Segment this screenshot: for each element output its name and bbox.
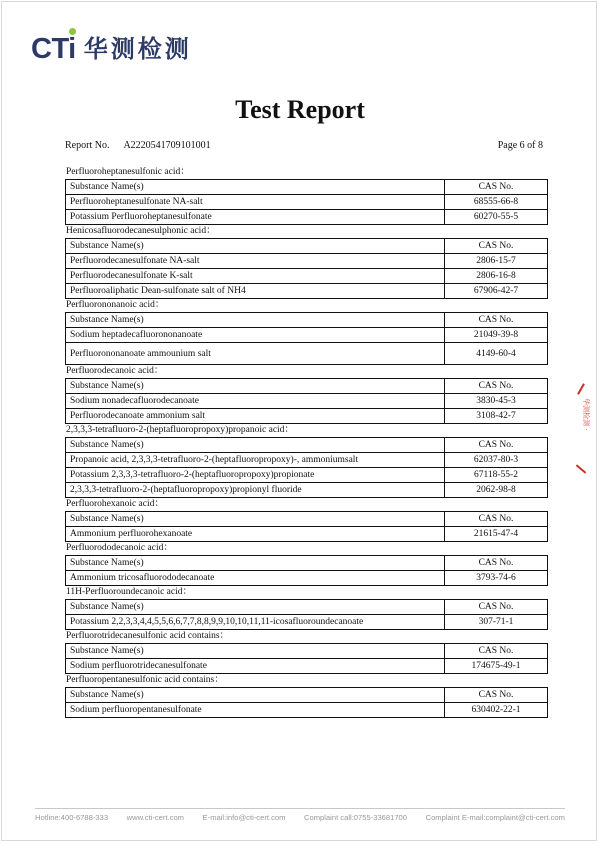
header-cas-no: CAS No. [445, 688, 548, 703]
header-cas-no: CAS No. [445, 512, 548, 527]
section-title: Perfluorohexanoic acid： [65, 498, 548, 511]
seal-stamp-icon: 华测检测 · [578, 375, 600, 475]
footer-divider [35, 808, 565, 809]
table-row: Ammonium tricosafluorododecanoate3793-74… [66, 571, 548, 586]
header-substance-name: Substance Name(s) [66, 313, 445, 328]
footer-complaint-email[interactable]: Complaint E-mail:complaint@cti-cert.com [426, 813, 565, 822]
substance-table: Substance Name(s)CAS No.Propanoic acid, … [65, 437, 548, 498]
cas-number: 2806-16-8 [445, 269, 548, 284]
table-row: Perfluoroaliphatic Dean-sulfonate salt o… [66, 284, 548, 299]
header-substance-name: Substance Name(s) [66, 688, 445, 703]
section-title: Perfluorododecanoic acid： [65, 542, 548, 555]
logo-brand-text: CTi [31, 33, 76, 65]
report-number-value: A2220541709101001 [123, 140, 210, 151]
substance-name: Perfluoroaliphatic Dean-sulfonate salt o… [66, 284, 445, 299]
substance-section: Perfluoroheptanesulfonic acid：Substance … [65, 166, 548, 225]
substance-name: 2,3,3,3-tetrafluoro-2-(heptafluoropropox… [66, 483, 445, 498]
table-header-row: Substance Name(s)CAS No. [66, 239, 548, 254]
table-header-row: Substance Name(s)CAS No. [66, 644, 548, 659]
header-substance-name: Substance Name(s) [66, 556, 445, 571]
substance-name: Perfluorodecanesulfonate NA-salt [66, 254, 445, 269]
cas-number: 3793-74-6 [445, 571, 548, 586]
section-title: Perfluorodecanoic acid： [65, 365, 548, 378]
substance-name: Perfluoroheptanesulfonate NA-salt [66, 195, 445, 210]
cas-number: 62037-80-3 [445, 453, 548, 468]
substance-name: Propanoic acid, 2,3,3,3-tetrafluoro-2-(h… [66, 453, 445, 468]
substance-table: Substance Name(s)CAS No.Ammonium perfluo… [65, 511, 548, 542]
substance-section: Perfluorohexanoic acid：Substance Name(s)… [65, 498, 548, 542]
substance-table: Substance Name(s)CAS No.Sodium perfluoro… [65, 687, 548, 718]
logo-dot-icon [69, 28, 76, 35]
table-row: Sodium perfluoropentanesulfonate630402-2… [66, 703, 548, 718]
table-header-row: Substance Name(s)CAS No. [66, 438, 548, 453]
table-row: Propanoic acid, 2,3,3,3-tetrafluoro-2-(h… [66, 453, 548, 468]
cas-number: 60270-55-5 [445, 210, 548, 225]
table-row: Perfluorodecanesulfonate K-salt2806-16-8 [66, 269, 548, 284]
cas-number: 3108-42-7 [445, 409, 548, 424]
footer-website[interactable]: www.cti-cert.com [127, 813, 184, 822]
header-substance-name: Substance Name(s) [66, 438, 445, 453]
substance-name: Perfluorononanoate ammounium salt [66, 343, 445, 365]
substance-section: Perfluorotridecanesulfonic acid contains… [65, 630, 548, 674]
table-row: Sodium heptadecafluorononanoate21049-39-… [66, 328, 548, 343]
header-cas-no: CAS No. [445, 313, 548, 328]
header-substance-name: Substance Name(s) [66, 180, 445, 195]
stamp-text: 华测检测 · [581, 398, 591, 458]
section-title: 2,3,3,3-tetrafluoro-2-(heptafluoropropox… [65, 424, 548, 437]
table-row: Potassium Perfluoroheptanesulfonate60270… [66, 210, 548, 225]
substance-table: Substance Name(s)CAS No.Perfluoroheptane… [65, 179, 548, 225]
substance-name: Sodium nonadecafluorodecanoate [66, 394, 445, 409]
header-cas-no: CAS No. [445, 644, 548, 659]
header-cas-no: CAS No. [445, 379, 548, 394]
section-title: Henicosafluorodecanesulphonic acid： [65, 225, 548, 238]
page-indicator: Page 6 of 8 [498, 140, 543, 151]
substance-sections: Perfluoroheptanesulfonic acid：Substance … [65, 166, 548, 718]
table-row: Perfluorononanoate ammounium salt4149-60… [66, 343, 548, 365]
cas-number: 3830-45-3 [445, 394, 548, 409]
table-row: Perfluorodecanoate ammonium salt3108-42-… [66, 409, 548, 424]
header-substance-name: Substance Name(s) [66, 379, 445, 394]
cas-number: 2062-98-8 [445, 483, 548, 498]
cas-number: 68555-66-8 [445, 195, 548, 210]
header-substance-name: Substance Name(s) [66, 512, 445, 527]
substance-name: Sodium perfluoropentanesulfonate [66, 703, 445, 718]
header-cas-no: CAS No. [445, 556, 548, 571]
header-cas-no: CAS No. [445, 600, 548, 615]
company-logo: CTi 华测检测 [31, 25, 192, 65]
page-title: Test Report [0, 95, 600, 125]
table-row: Perfluorodecanesulfonate NA-salt2806-15-… [66, 254, 548, 269]
table-header-row: Substance Name(s)CAS No. [66, 600, 548, 615]
header-substance-name: Substance Name(s) [66, 239, 445, 254]
table-header-row: Substance Name(s)CAS No. [66, 556, 548, 571]
substance-name: Potassium 2,3,3,3-tetrafluoro-2-(heptafl… [66, 468, 445, 483]
substance-name: Sodium perfluorotridecanesulfonate [66, 659, 445, 674]
table-row: Potassium 2,3,3,3-tetrafluoro-2-(heptafl… [66, 468, 548, 483]
report-number-label: Report No. [65, 140, 109, 151]
footer-email[interactable]: E-mail:info@cti-cert.com [203, 813, 286, 822]
section-title: Perfluorotridecanesulfonic acid contains… [65, 630, 548, 643]
table-header-row: Substance Name(s)CAS No. [66, 379, 548, 394]
table-header-row: Substance Name(s)CAS No. [66, 180, 548, 195]
substance-name: Potassium Perfluoroheptanesulfonate [66, 210, 445, 225]
substance-table: Substance Name(s)CAS No.Sodium heptadeca… [65, 312, 548, 365]
table-header-row: Substance Name(s)CAS No. [66, 313, 548, 328]
substance-table: Substance Name(s)CAS No.Potassium 2,2,3,… [65, 599, 548, 630]
cas-number: 2806-15-7 [445, 254, 548, 269]
cas-number: 4149-60-4 [445, 343, 548, 365]
substance-section: 2,3,3,3-tetrafluoro-2-(heptafluoropropox… [65, 424, 548, 498]
substance-table: Substance Name(s)CAS No.Ammonium tricosa… [65, 555, 548, 586]
cas-number: 174675-49-1 [445, 659, 548, 674]
header-substance-name: Substance Name(s) [66, 600, 445, 615]
substance-table: Substance Name(s)CAS No.Sodium perfluoro… [65, 643, 548, 674]
section-title: Perfluorononanoic acid： [65, 299, 548, 312]
logo-brand: CTi [31, 33, 76, 65]
cas-number: 67118-55-2 [445, 468, 548, 483]
table-row: 2,3,3,3-tetrafluoro-2-(heptafluoropropox… [66, 483, 548, 498]
substance-section: Henicosafluorodecanesulphonic acid：Subst… [65, 225, 548, 299]
substance-section: Perfluorononanoic acid：Substance Name(s)… [65, 299, 548, 365]
section-title: Perfluoropentanesulfonic acid contains： [65, 674, 548, 687]
section-title: Perfluoroheptanesulfonic acid： [65, 166, 548, 179]
table-header-row: Substance Name(s)CAS No. [66, 688, 548, 703]
substance-section: Perfluoropentanesulfonic acid contains：S… [65, 674, 548, 718]
cas-number: 21615-47-4 [445, 527, 548, 542]
table-row: Perfluoroheptanesulfonate NA-salt68555-6… [66, 195, 548, 210]
cas-number: 21049-39-8 [445, 328, 548, 343]
substance-name: Sodium heptadecafluorononanoate [66, 328, 445, 343]
substance-name: Potassium 2,2,3,3,4,4,5,5,6,6,7,7,8,8,9,… [66, 615, 445, 630]
table-row: Sodium nonadecafluorodecanoate3830-45-3 [66, 394, 548, 409]
substance-section: Perfluorodecanoic acid：Substance Name(s)… [65, 365, 548, 424]
substance-table: Substance Name(s)CAS No.Perfluorodecanes… [65, 238, 548, 299]
substance-name: Perfluorodecanesulfonate K-salt [66, 269, 445, 284]
report-number: Report No.A2220541709101001 [65, 140, 211, 151]
substance-section: Perfluorododecanoic acid：Substance Name(… [65, 542, 548, 586]
substance-name: Perfluorodecanoate ammonium salt [66, 409, 445, 424]
cas-number: 307-71-1 [445, 615, 548, 630]
table-row: Potassium 2,2,3,3,4,4,5,5,6,6,7,7,8,8,9,… [66, 615, 548, 630]
footer-complaint-call: Complaint call:0755-33681700 [304, 813, 407, 822]
table-row: Sodium perfluorotridecanesulfonate174675… [66, 659, 548, 674]
substance-table: Substance Name(s)CAS No.Sodium nonadecaf… [65, 378, 548, 424]
cas-number: 630402-22-1 [445, 703, 548, 718]
substance-section: 11H-Perfluoroundecanoic acid：Substance N… [65, 586, 548, 630]
substance-name: Ammonium tricosafluorododecanoate [66, 571, 445, 586]
logo-chinese: 华测检测 [84, 33, 192, 65]
header-substance-name: Substance Name(s) [66, 644, 445, 659]
header-cas-no: CAS No. [445, 180, 548, 195]
cas-number: 67906-42-7 [445, 284, 548, 299]
substance-name: Ammonium perfluorohexanoate [66, 527, 445, 542]
table-row: Ammonium perfluorohexanoate21615-47-4 [66, 527, 548, 542]
footer-hotline: Hotline:400-6788-333 [35, 813, 108, 822]
footer: Hotline:400-6788-333 www.cti-cert.com E-… [35, 813, 565, 822]
table-header-row: Substance Name(s)CAS No. [66, 512, 548, 527]
header-cas-no: CAS No. [445, 239, 548, 254]
section-title: 11H-Perfluoroundecanoic acid： [65, 586, 548, 599]
header-cas-no: CAS No. [445, 438, 548, 453]
